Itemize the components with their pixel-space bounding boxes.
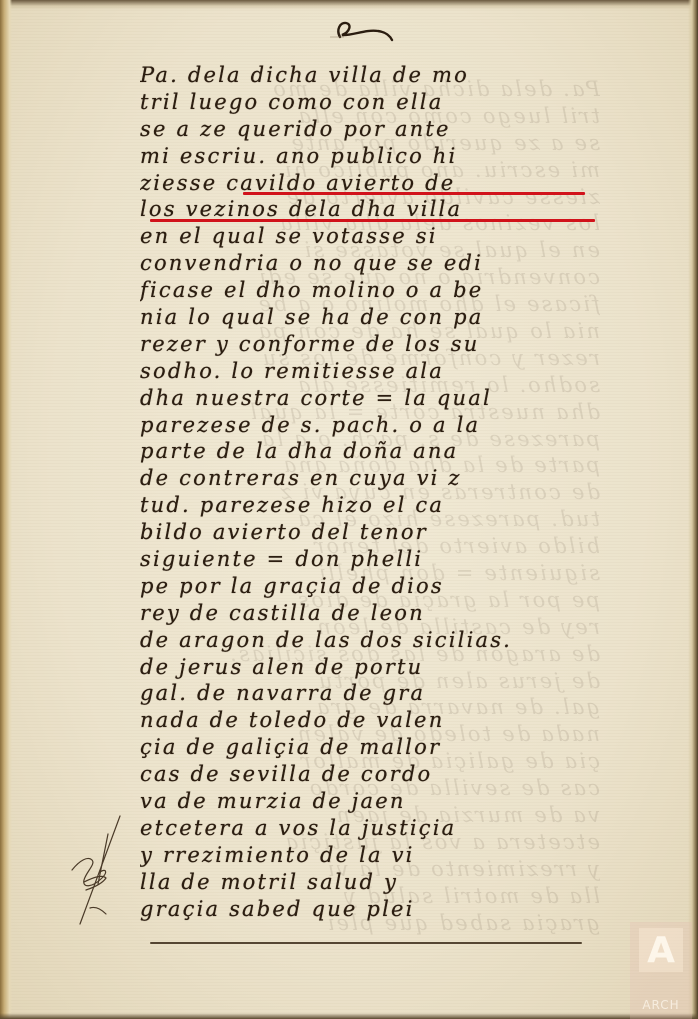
watermark-logo: A [639, 928, 683, 972]
text-line: sodho. lo remitiesse ala [140, 358, 600, 385]
text-line: ficase el dho molino o a be [140, 277, 600, 304]
text-line: cas de sevilla de cordo [140, 761, 600, 788]
text-line: en el qual se votasse si [140, 223, 600, 250]
text-line: dha nuestra corte = la qual [140, 385, 600, 412]
text-line: siguiente = don phelli [140, 546, 600, 573]
text-line: Pa. dela dicha villa de mo [140, 62, 600, 89]
manuscript-page: Pa. dela dicha villa de motril luego com… [0, 0, 698, 1019]
rubric-signature-icon [62, 812, 142, 932]
text-line: rezer y conforme de los su [140, 331, 600, 358]
text-line: de aragon de las dos sicilias. [140, 627, 600, 654]
text-line: y rrezimiento de la vi [140, 842, 600, 869]
text-line: etcetera a vos la justiçia [140, 815, 600, 842]
text-line: convendria o no que se edi [140, 250, 600, 277]
text-line: graçia sabed que plei [140, 896, 600, 923]
red-underline-2 [150, 219, 595, 222]
text-line: gal. de navarra de gra [140, 680, 600, 707]
text-line: nia lo qual se ha de con pa [140, 304, 600, 331]
red-underline-1 [243, 192, 585, 195]
text-line: mi escriu. ano publico hi [140, 143, 600, 170]
top-page-edge [0, 0, 698, 10]
text-line: bildo avierto del tenor [140, 519, 600, 546]
watermark-text: ARCH [642, 998, 679, 1012]
text-line: tril luego como con ella [140, 89, 600, 116]
text-line: de contreras en cuya vi z [140, 465, 600, 492]
text-line: rey de castilla de leon [140, 600, 600, 627]
text-line: nada de toledo de valen [140, 707, 600, 734]
text-line: tud. parezese hizo el ca [140, 492, 600, 519]
archive-watermark: A ARCH [630, 922, 692, 1019]
bottom-page-edge [0, 1013, 698, 1019]
left-page-edge [0, 0, 12, 1019]
text-line: de jerus alen de portu [140, 654, 600, 681]
text-line: parezese de s. pach. o a la [140, 412, 600, 439]
text-line: lla de motril salud y [140, 869, 600, 896]
text-line: va de murzia de jaen [140, 788, 600, 815]
text-line: çia de galiçia de mallor [140, 734, 600, 761]
text-line: se a ze querido por ante [140, 116, 600, 143]
closing-rule-line [150, 942, 582, 944]
right-page-edge [688, 0, 698, 1019]
text-line: parte de la dha doña ana [140, 438, 600, 465]
text-line: pe por la graçia de dios [140, 573, 600, 600]
flourish-ornament-icon [330, 18, 400, 42]
